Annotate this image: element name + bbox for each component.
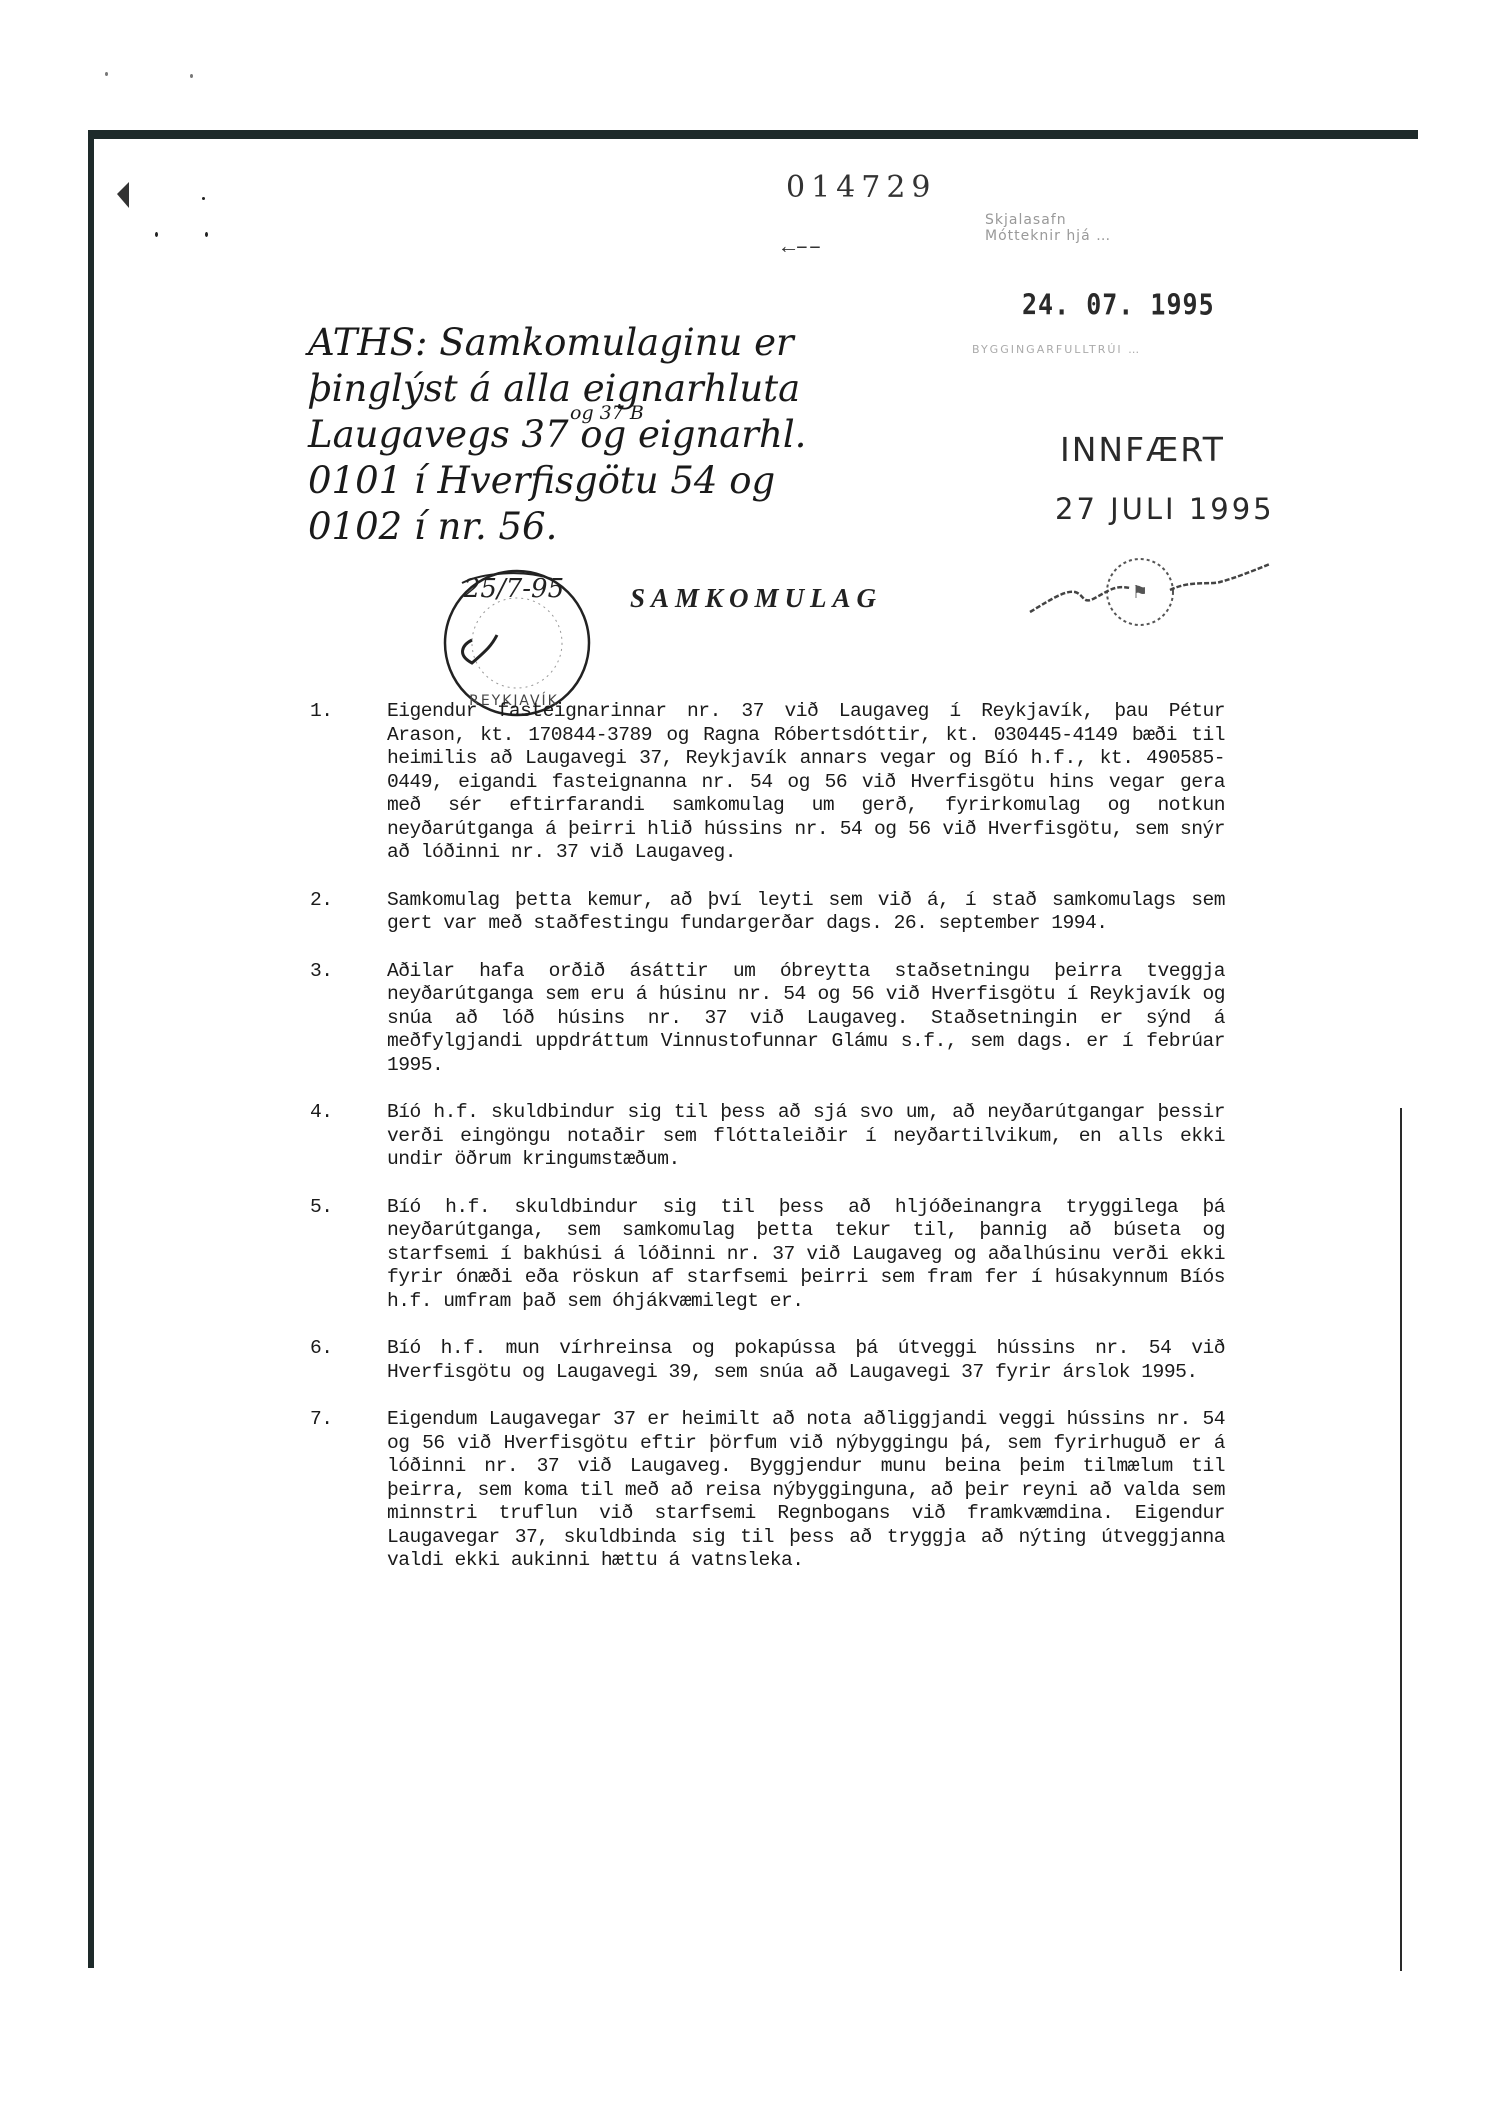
svg-text:⚑: ⚑ [1132,582,1148,603]
scan-border-left [88,130,94,1968]
scan-speck [155,232,158,237]
scan-border-top [88,130,1418,139]
scan-border-right [1400,1108,1402,1971]
clause-number: 4. [310,1101,387,1172]
handwritten-insertion: og 37 B [570,390,644,436]
clause-text: Bíó h.f. skuldbindur sig til þess að hlj… [387,1196,1225,1314]
received-stamp-header: Skjalasafn Mótteknir hjá … [985,212,1111,244]
clause-item: 5. Bíó h.f. skuldbindur sig til þess að … [310,1196,1225,1314]
signature-with-seal-icon: ⚑ [1020,550,1280,630]
received-stamp-footer: BYGGINGARFULLTRÚI … [972,343,1141,356]
clause-number: 6. [310,1337,387,1384]
document-title: SAMKOMULAG [630,583,882,614]
svg-text:25/7-95: 25/7-95 [463,574,564,604]
clause-number: 2. [310,889,387,936]
handwritten-line: 0101 í Hverfisgötu 54 og [308,458,958,504]
handwritten-note: ATHS: Samkomulaginu er þinglýst á alla e… [308,320,958,550]
clause-item: 4. Bíó h.f. skuldbindur sig til þess að … [310,1101,1225,1172]
clause-item: 7. Eigendum Laugavegar 37 er heimilt að … [310,1408,1225,1573]
clause-item: 6. Bíó h.f. mun vírhreinsa og pokapússa … [310,1337,1225,1384]
arrow-icon: ←–– [782,235,822,260]
document-number: 014729 [786,170,937,205]
page-corner-marker-icon [117,182,129,208]
scan-speck [190,74,193,78]
clause-text: Bíó h.f. mun vírhreinsa og pokapússa þá … [387,1337,1225,1384]
clause-number: 3. [310,960,387,1078]
clause-text: Eigendur fasteignarinnar nr. 37 við Laug… [387,700,1225,865]
handwritten-line: 0102 í nr. 56. [308,504,958,550]
handwritten-line: ATHS: Samkomulaginu er [308,320,958,366]
clause-text: Samkomulag þetta kemur, að því leyti sem… [387,889,1225,936]
clause-number: 7. [310,1408,387,1573]
registered-stamp-label: INNFÆRT [1060,430,1225,469]
clause-item: 2. Samkomulag þetta kemur, að því leyti … [310,889,1225,936]
received-stamp-line1: Skjalasafn [985,212,1111,228]
clause-text: Bíó h.f. skuldbindur sig til þess að sjá… [387,1101,1225,1172]
clause-item: 1. Eigendur fasteignarinnar nr. 37 við L… [310,700,1225,865]
received-stamp-line2: Mótteknir hjá … [985,228,1111,244]
clause-item: 3. Aðilar hafa orðið ásáttir um óbreytta… [310,960,1225,1078]
received-stamp-date: 24. 07. 1995 [1022,288,1215,321]
scan-speck [202,197,205,200]
registered-stamp-date: 27 JULI 1995 [1055,492,1275,526]
handwritten-line: Laugavegs 37 og eignarhl. [308,413,806,456]
clause-number: 5. [310,1196,387,1314]
scan-speck [205,232,208,237]
agreement-clauses: 1. Eigendur fasteignarinnar nr. 37 við L… [310,700,1225,1597]
clause-text: Aðilar hafa orðið ásáttir um óbreytta st… [387,960,1225,1078]
clause-text: Eigendum Laugavegar 37 er heimilt að not… [387,1408,1225,1573]
clause-number: 1. [310,700,387,865]
scan-speck [105,72,108,76]
